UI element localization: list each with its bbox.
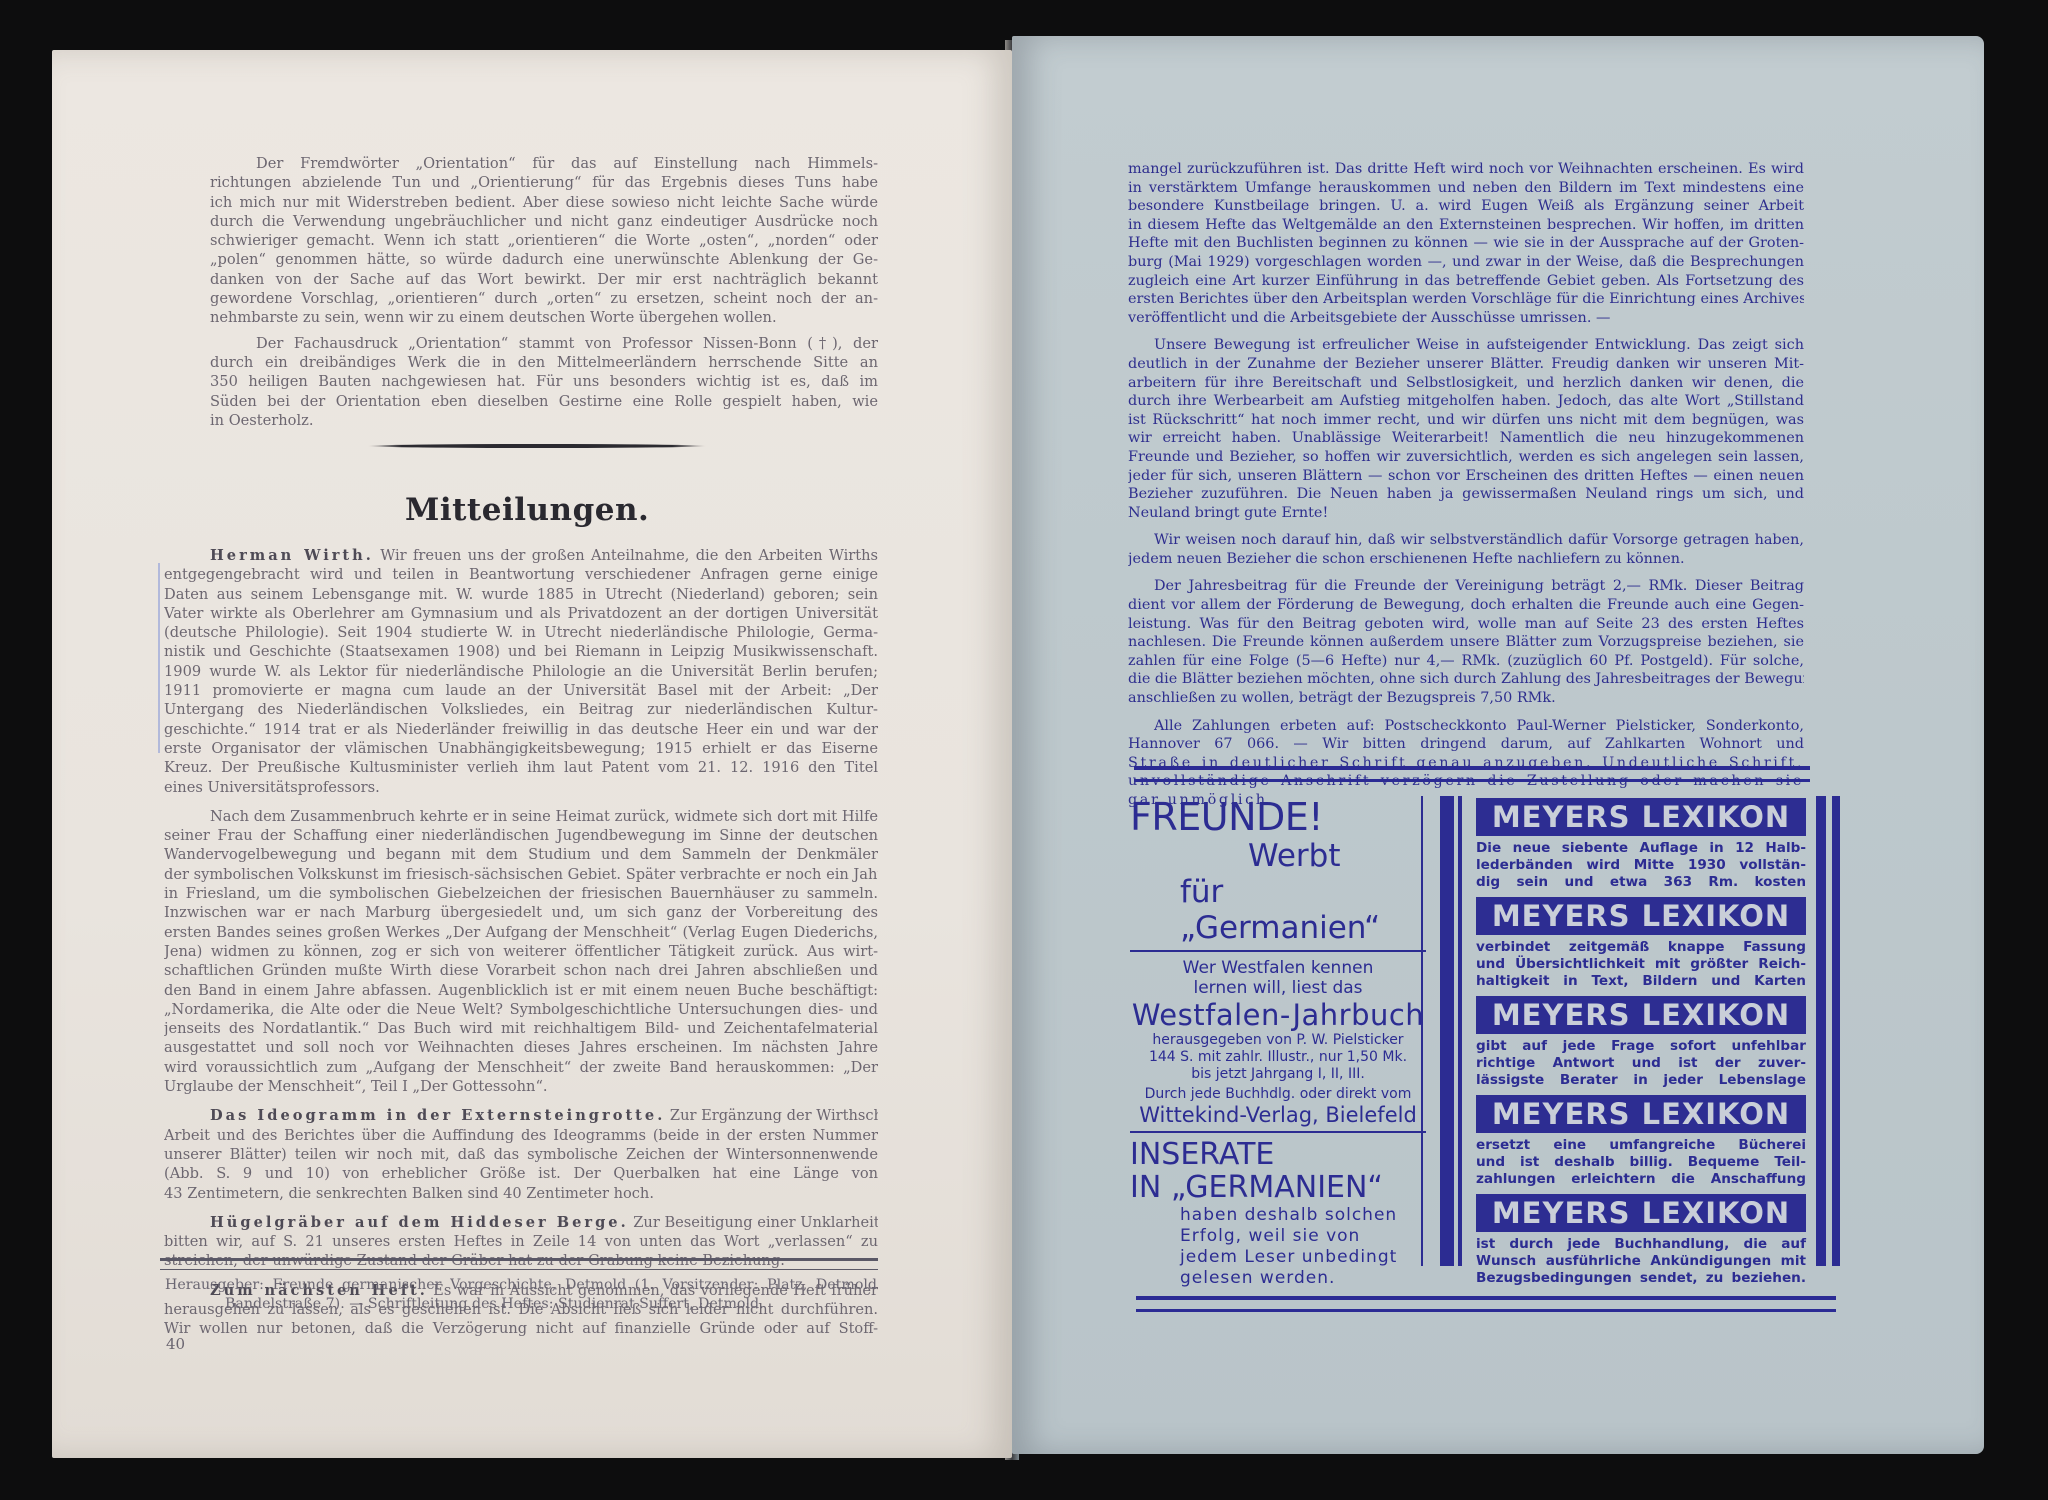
- text-line: Vater wirkte als Oberlehrer am Gymnasium…: [164, 604, 878, 623]
- imprint: Herausgeber: Freunde germanischer Vorges…: [165, 1276, 877, 1314]
- text-line: ersten Berichtes über den Arbeitsplan we…: [1128, 290, 1804, 309]
- line-text: Arbeit und des Berichtes über die Auffin…: [164, 1127, 878, 1144]
- intro-text: Der Fremdwörter „Orientation“ für das au…: [210, 154, 878, 436]
- line-text: Urglaube der Menschheit“, Teil I „Der Go…: [164, 1078, 548, 1095]
- page-number: 40: [166, 1335, 185, 1353]
- text-line: und ist deshalb billig. Bequeme Teil-: [1476, 1154, 1806, 1171]
- inserate-body: haben deshalb solchenErfolg, weil sie vo…: [1130, 1205, 1426, 1289]
- text-line: gibt auf jede Frage sofort unfehlbar: [1476, 1038, 1806, 1055]
- line-text: Vater wirkte als Oberlehrer am Gymnasium…: [164, 605, 878, 622]
- line-text: entgegengebracht wird und teilen in Bean…: [164, 566, 878, 583]
- text-line: Arbeit und des Berichtes über die Auffin…: [164, 1126, 878, 1145]
- text-line: der symbolischen Volkskunst im friesisch…: [164, 865, 878, 884]
- ad-divider: [1130, 950, 1426, 952]
- meyers-lexikon-heading: MEYERS LEXIKON: [1476, 1194, 1806, 1232]
- line-text: jenseits des Nordatlantik.“ Das Buch wir…: [164, 1020, 878, 1037]
- title-divider: [368, 444, 706, 448]
- text-line: in Friesland, um die symbolischen Giebel…: [164, 884, 878, 903]
- line-text: Wir wollen nur betonen, daß die Verzöger…: [164, 1320, 878, 1337]
- text-line: ist Rückschritt“ hat noch immer recht, u…: [1128, 411, 1804, 430]
- line-text: ersten Bandes seines großen Werkes „Der …: [164, 924, 878, 941]
- footer-divider: [160, 1258, 878, 1270]
- line-text: 1911 promovierte er magna cum laude an d…: [164, 682, 878, 699]
- text-line: zahlungen erleichtern die Anschaffung: [1476, 1171, 1806, 1188]
- text-line: Wir weisen noch darauf hin, daß wir selb…: [1128, 531, 1804, 550]
- meyers-lexikon-heading: MEYERS LEXIKON: [1476, 798, 1806, 836]
- inserate-line: jedem Leser unbedingt: [1180, 1247, 1426, 1268]
- notice-item: Nach dem Zusammenbruch kehrte er in sein…: [164, 807, 878, 1096]
- meyers-lexikon-text: gibt auf jede Frage sofort unfehlbarrich…: [1476, 1038, 1806, 1089]
- text-line: richtige Antwort und ist der zuver-: [1476, 1055, 1806, 1072]
- line-text: Zur Ergänzung der Wirthschen: [665, 1107, 878, 1124]
- ad-headline: FREUNDE!: [1130, 796, 1426, 838]
- text-line: durch ihre Werbearbeit am Aufstieg mitge…: [1128, 392, 1804, 411]
- text-line: leistung. Was für den Beitrag geboten wi…: [1128, 615, 1804, 634]
- westfalen-editor: herausgegeben von P. W. Pielsticker: [1130, 1032, 1426, 1049]
- text-line: unserer Blätter) teilen wir noch mit, da…: [164, 1145, 878, 1164]
- line-text: (deutsche Philologie). Seit 1904 studier…: [164, 624, 878, 641]
- line-text: unserer Blätter) teilen wir noch mit, da…: [164, 1146, 878, 1163]
- text-line: zugleich eine Art kurzer Einführung in d…: [1128, 272, 1804, 291]
- line-text: geschichte.“ 1914 trat er als Niederländ…: [164, 721, 878, 738]
- text-line: geschichte.“ 1914 trat er als Niederländ…: [164, 720, 878, 739]
- germanien-ad: FREUNDE! Werbt für „Germanien“ Wer Westf…: [1130, 796, 1426, 1289]
- ad-frame-right-bar: [1816, 796, 1826, 1266]
- text-line: anschließen zu wollen, beträgt der Bezug…: [1128, 689, 1804, 708]
- text-line: Alle Zahlungen erbeten auf: Postscheckko…: [1128, 717, 1804, 736]
- line-text: der symbolischen Volkskunst im friesisch…: [164, 866, 878, 883]
- text-line: ersten Bandes seines großen Werkes „Der …: [164, 923, 878, 942]
- text-line: Kreuz. Der Preußische Kultusminister ver…: [164, 758, 878, 777]
- text-line: bitten wir, auf S. 21 unseres ersten Hef…: [164, 1232, 878, 1251]
- ad-bottom-rule: [1136, 1296, 1836, 1312]
- text-line: in verstärktem Umfange herauskommen und …: [1128, 179, 1804, 198]
- meyers-lexikon-text: Die neue siebente Auflage in 12 Halb-led…: [1476, 840, 1806, 891]
- text-line: Wunsch ausführliche Ankündigungen mit: [1476, 1253, 1806, 1270]
- text-line: (deutsche Philologie). Seit 1904 studier…: [164, 623, 878, 642]
- text-line: Der Fachausdruck „Orientation“ stammt vo…: [210, 334, 878, 353]
- notice-paragraph: Der Jahresbeitrag für die Freunde der Ve…: [1128, 577, 1804, 707]
- ad-frame-right-inner: [1832, 796, 1840, 1266]
- text-line: Die neue siebente Auflage in 12 Halb-: [1476, 840, 1806, 857]
- inserate-line-2: IN „GERMANIEN“: [1130, 1171, 1426, 1205]
- line-text: in Friesland, um die symbolischen Giebel…: [164, 885, 878, 902]
- text-line: Hannover 67 066. — Wir bitten dringend d…: [1128, 735, 1804, 754]
- ad-frame-left: [1421, 796, 1423, 1266]
- text-line: Freunde und Bezieher, so hoffen wir zuve…: [1128, 448, 1804, 467]
- ad-frame-left-inner: [1458, 796, 1462, 1266]
- notice-heading: Das Ideogramm in der Externsteingrotte.: [210, 1107, 665, 1124]
- text-line: veröffentlicht und die Arbeitsgebiete de…: [1128, 309, 1804, 328]
- ad-frame-left-bar: [1440, 796, 1454, 1266]
- line-text: Wandervogelbewegung und begann mit dem S…: [164, 846, 878, 863]
- text-line: durch die Verwendung ungebräuchlicher un…: [210, 212, 878, 231]
- westfalen-details-1: 144 S. mit zahlr. Illustr., nur 1,50 Mk.: [1130, 1049, 1426, 1066]
- notice-item: Herman Wirth. Wir freuen uns der großen …: [164, 546, 878, 797]
- text-line: jenseits des Nordatlantik.“ Das Buch wir…: [164, 1019, 878, 1038]
- line-text: seiner Frau der Schaffung einer niederlä…: [164, 827, 878, 844]
- inserate-line: haben deshalb solchen: [1180, 1205, 1426, 1226]
- notice-paragraph: mangel zurückzuführen ist. Das dritte He…: [1128, 160, 1804, 327]
- text-line: zahlen für eine Folge (5—6 Hefte) nur 4,…: [1128, 652, 1804, 671]
- text-line: lederbänden wird Mitte 1930 vollstän-: [1476, 857, 1806, 874]
- text-line: burg (Mai 1929) vorgeschlagen worden —, …: [1128, 253, 1804, 272]
- ad-werbt: Werbt: [1130, 838, 1426, 874]
- text-line: eines Universitätsprofessors.: [164, 778, 878, 797]
- text-line: arbeitern für ihre Bereitschaft und Selb…: [1128, 374, 1804, 393]
- text-line: 350 heiligen Bauten nachgewiesen hat. Fü…: [210, 372, 878, 391]
- text-line: ausgestattet und soll noch vor Weihnacht…: [164, 1038, 878, 1057]
- westfalen-details-2: bis jetzt Jahrgang I, II, III.: [1130, 1066, 1426, 1083]
- line-text: 43 Zentimetern, die senkrechten Balken s…: [164, 1185, 654, 1202]
- text-line: dig sein und etwa 363 Rm. kosten: [1476, 874, 1806, 891]
- text-line: verbindet zeitgemäß knappe Fassung: [1476, 939, 1806, 956]
- westfalen-intro-1: Wer Westfalen kennen: [1130, 958, 1426, 978]
- text-line: die die Blätter beziehen möchten, ohne s…: [1128, 670, 1804, 689]
- line-text: Daten aus seinem Lebensgange mit. W. wur…: [164, 586, 878, 603]
- text-line: Inzwischen war er nach Marburg übergesie…: [164, 903, 878, 922]
- text-line: Bezieher zuzuführen. Die Neuen haben ja …: [1128, 485, 1804, 504]
- text-line: den Band in einem Jahre abfassen. Augenb…: [164, 981, 878, 1000]
- text-line: wir erreicht haben. Unablässige Weiterar…: [1128, 429, 1804, 448]
- text-line: ersetzt eine umfangreiche Bücherei: [1476, 1137, 1806, 1154]
- imprint-line-1: Herausgeber: Freunde germanischer Vorges…: [165, 1276, 877, 1295]
- text-line: durch ein dreibändiges Werk die in den M…: [210, 353, 878, 372]
- text-line: „polen“ genommen hätte, so würde dadurch…: [210, 250, 878, 269]
- text-line: deutlich in der Zunahme der Bezieher uns…: [1128, 355, 1804, 374]
- pencil-margin-mark: [158, 563, 160, 753]
- text-line: schwieriger gemacht. Wenn ich statt „ori…: [210, 231, 878, 250]
- line-text: erste Organisator der vlämischen Unabhän…: [164, 740, 878, 757]
- text-line: 43 Zentimetern, die senkrechten Balken s…: [164, 1184, 878, 1203]
- text-line: Daten aus seinem Lebensgange mit. W. wur…: [164, 585, 878, 604]
- text-line: gewordene Vorschlag, „orientieren“ durch…: [210, 289, 878, 308]
- line-text: (Abb. S. 9 und 10) von erheblicher Größe…: [164, 1165, 878, 1182]
- text-line: Wandervogelbewegung und begann mit dem S…: [164, 845, 878, 864]
- westfalen-intro-2: lernen will, liest das: [1130, 978, 1426, 998]
- westfalen-order: Durch jede Buchhdlg. oder direkt vom: [1130, 1086, 1426, 1103]
- text-line: Herman Wirth. Wir freuen uns der großen …: [164, 546, 878, 565]
- text-line: 1911 promovierte er magna cum laude an d…: [164, 681, 878, 700]
- meyers-lexikon-heading: MEYERS LEXIKON: [1476, 996, 1806, 1034]
- text-line: danken von der Sache auf das Wort bewirk…: [210, 270, 878, 289]
- text-line: Neuland bringt gute Ernte!: [1128, 504, 1804, 523]
- text-line: ist durch jede Buchhandlung, die auf: [1476, 1236, 1806, 1253]
- text-line: Nach dem Zusammenbruch kehrte er in sein…: [164, 807, 878, 826]
- text-line: (Abb. S. 9 und 10) von erheblicher Größe…: [164, 1164, 878, 1183]
- line-text: „Nordamerika, die Alte oder die Neue Wel…: [164, 1001, 878, 1018]
- notice-text: mangel zurückzuführen ist. Das dritte He…: [1128, 160, 1804, 819]
- section-title: Mitteilungen.: [405, 492, 645, 528]
- line-text: 1909 wurde W. als Lektor für niederländi…: [164, 663, 878, 680]
- text-line: Wir wollen nur betonen, daß die Verzöger…: [164, 1319, 878, 1338]
- line-text: Inzwischen war er nach Marburg übergesie…: [164, 904, 878, 921]
- meyers-lexikon-ad: MEYERS LEXIKONDie neue siebente Auflage …: [1476, 798, 1806, 1293]
- text-line: erste Organisator der vlämischen Unabhän…: [164, 739, 878, 758]
- text-line: lässigste Berater in jeder Lebenslage: [1476, 1072, 1806, 1089]
- text-line: Hefte mit den Buchlisten beginnen zu kön…: [1128, 234, 1804, 253]
- text-line: Der Jahresbeitrag für die Freunde der Ve…: [1128, 577, 1804, 596]
- text-line: Das Ideogramm in der Externsteingrotte. …: [164, 1106, 878, 1125]
- inserate-line: gelesen werden.: [1180, 1268, 1426, 1289]
- notice-paragraph: Unsere Bewegung ist erfreulicher Weise i…: [1128, 336, 1804, 522]
- text-line: besondere Kunstbeilage bringen. U. a. wi…: [1128, 197, 1804, 216]
- mitteilungen-body: Herman Wirth. Wir freuen uns der großen …: [164, 546, 878, 1349]
- text-line: mangel zurückzuführen ist. Das dritte He…: [1128, 160, 1804, 179]
- line-text: wird voraussichtlich zum „Aufgang der Me…: [164, 1059, 878, 1076]
- imprint-line-2: Bandelstraße 7). — Schriftleitung des He…: [165, 1295, 877, 1314]
- text-line: nehmbarste zu sein, wenn wir zu einem de…: [210, 308, 878, 327]
- text-line: nachlesen. Die Freunde können außerdem u…: [1128, 633, 1804, 652]
- inserate-line-1: INSERATE: [1130, 1139, 1426, 1171]
- text-line: Jena) widmen zu können, zog er sich von …: [164, 942, 878, 961]
- line-text: bitten wir, auf S. 21 unseres ersten Hef…: [164, 1233, 878, 1250]
- line-text: schaftlichen Gründen mußte Wirth diese V…: [164, 962, 878, 979]
- meyers-lexikon-heading: MEYERS LEXIKON: [1476, 1095, 1806, 1133]
- ad-top-rule: [1134, 766, 1810, 782]
- meyers-lexikon-text: verbindet zeitgemäß knappe Fassungund Üb…: [1476, 939, 1806, 990]
- text-line: Urglaube der Menschheit“, Teil I „Der Go…: [164, 1077, 878, 1096]
- line-text: eines Universitätsprofessors.: [164, 779, 380, 796]
- text-line: Unsere Bewegung ist erfreulicher Weise i…: [1128, 336, 1804, 355]
- text-line: nistik und Geschichte (Staatsexamen 1908…: [164, 642, 878, 661]
- line-text: Jena) widmen zu können, zog er sich von …: [164, 943, 878, 960]
- westfalen-title: Westfalen-Jahrbuch: [1130, 998, 1426, 1032]
- text-line: in Oesterholz.: [210, 411, 878, 430]
- text-line: ich mich nur mit Widerstreben bedient. A…: [210, 193, 878, 212]
- ad-fuer-germanien: für „Germanien“: [1130, 874, 1426, 946]
- intro-paragraph: Der Fachausdruck „Orientation“ stammt vo…: [210, 334, 878, 430]
- text-line: Hügelgräber auf dem Hiddeser Berge. Zur …: [164, 1213, 878, 1232]
- text-line: und Übersichtlichkeit mit größter Reich-: [1476, 956, 1806, 973]
- text-line: dient vor allem der Förderung de Bewegun…: [1128, 596, 1804, 615]
- text-line: wird voraussichtlich zum „Aufgang der Me…: [164, 1058, 878, 1077]
- text-line: jeder für sich, unseren Blättern — schon…: [1128, 467, 1804, 486]
- line-text: ausgestattet und soll noch vor Weihnacht…: [164, 1039, 878, 1056]
- meyers-lexikon-text: ist durch jede Buchhandlung, die aufWuns…: [1476, 1236, 1806, 1287]
- notice-heading: Hügelgräber auf dem Hiddeser Berge.: [210, 1214, 629, 1231]
- notice-heading: Herman Wirth.: [210, 547, 374, 564]
- line-text: nistik und Geschichte (Staatsexamen 1908…: [164, 643, 878, 660]
- text-line: haltigkeit in Text, Bildern und Karten: [1476, 973, 1806, 990]
- line-text: Zur Beseitigung einer Unklarheit: [629, 1214, 878, 1231]
- line-text: Untergang des Niederländischen Volkslied…: [164, 701, 878, 718]
- text-line: Süden bei der Orientation eben dieselben…: [210, 392, 878, 411]
- line-text: Nach dem Zusammenbruch kehrte er in sein…: [210, 808, 878, 825]
- text-line: seiner Frau der Schaffung einer niederlä…: [164, 826, 878, 845]
- inserate-line: Erfolg, weil sie von: [1180, 1226, 1426, 1247]
- notice-item: Das Ideogramm in der Externsteingrotte. …: [164, 1106, 878, 1202]
- westfalen-publisher: Wittekind-Verlag, Bielefeld: [1130, 1103, 1426, 1127]
- meyers-lexikon-heading: MEYERS LEXIKON: [1476, 897, 1806, 935]
- text-line: richtungen abzielende Tun und „Orientier…: [210, 173, 878, 192]
- line-text: den Band in einem Jahre abfassen. Augenb…: [164, 982, 878, 999]
- text-line: „Nordamerika, die Alte oder die Neue Wel…: [164, 1000, 878, 1019]
- meyers-lexikon-text: ersetzt eine umfangreiche Büchereiund is…: [1476, 1137, 1806, 1188]
- notice-paragraph: Wir weisen noch darauf hin, daß wir selb…: [1128, 531, 1804, 568]
- text-line: 1909 wurde W. als Lektor für niederländi…: [164, 662, 878, 681]
- text-line: schaftlichen Gründen mußte Wirth diese V…: [164, 961, 878, 980]
- text-line: in diesem Hefte das Weltgemälde an den E…: [1128, 216, 1804, 235]
- line-text: Kreuz. Der Preußische Kultusminister ver…: [164, 759, 878, 776]
- text-line: Der Fremdwörter „Orientation“ für das au…: [210, 154, 878, 173]
- ad-divider-2: [1130, 1131, 1426, 1133]
- line-text: Wir freuen uns der großen Anteilnahme, d…: [374, 547, 878, 564]
- text-line: Bezugsbedingungen sendet, zu beziehen.: [1476, 1270, 1806, 1287]
- intro-paragraph: Der Fremdwörter „Orientation“ für das au…: [210, 154, 878, 328]
- text-line: Untergang des Niederländischen Volkslied…: [164, 700, 878, 719]
- text-line: jedem neuen Bezieher die schon erschiene…: [1128, 550, 1804, 569]
- text-line: entgegengebracht wird und teilen in Bean…: [164, 565, 878, 584]
